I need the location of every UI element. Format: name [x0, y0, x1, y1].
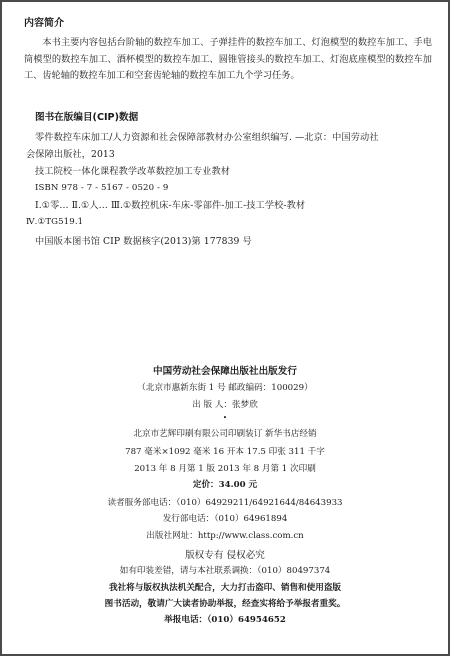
copyright-notice: 版权专有 侵权必究 — [2, 547, 448, 561]
reader-service-phone: 读者服务部电话：（010）64929211/64921644/84643933 — [2, 496, 448, 508]
separator-dot: • — [2, 414, 448, 422]
anti-piracy-line-2: 图书活动，敬请广大读者协助举报，经查实将给予举报者重奖。 — [2, 597, 448, 609]
cip-line-2: 会保障出版社，2013 — [26, 147, 115, 163]
cip-heading: 图书在版编目(CIP)数据 — [35, 109, 138, 123]
publisher-address: （北京市惠新东街 1 号 邮政编码：100029） — [2, 381, 448, 393]
summary-heading: 内容简介 — [24, 14, 64, 29]
edition-info: 2013 年 8 月第 1 版 2013 年 8 月第 1 次印刷 — [2, 462, 448, 474]
distribution-phone: 发行部电话：（010）64961894 — [2, 512, 448, 524]
publisher-website: 出版社网址：http://www.class.com.cn — [2, 529, 448, 541]
cip-line-1: 零件数控车床加工/人力资源和社会保障部教材办公室组织编写. —北京：中国劳动社 — [35, 130, 379, 146]
printer-info: 北京市艺辉印刷有限公司印刷装订 新华书店经销 — [2, 427, 448, 439]
price: 定价：34.00 元 — [2, 478, 448, 490]
cip-record: 中国版本图书馆 CIP 数据核字(2013)第 177839 号 — [35, 234, 252, 250]
cip-line-5: Ⅰ.①零… Ⅱ.①人… Ⅲ.①数控机床-车床-零部件-加工-技工学校-教材 — [35, 198, 305, 214]
summary-body: 本书主要内容包括台阶轴的数控车加工、子弹挂件的数控车加工、灯泡模型的数控车加工、… — [24, 35, 432, 85]
copyright-page: 内容简介 本书主要内容包括台阶轴的数控车加工、子弹挂件的数控车加工、灯泡模型的数… — [0, 0, 450, 656]
report-phone: 举报电话：（010）64954652 — [2, 613, 448, 625]
publisher-person: 出 版 人：张梦欣 — [2, 398, 448, 410]
anti-piracy-line-1: 我社将与版权执法机关配合，大力打击盗印、销售和使用盗版 — [2, 581, 448, 593]
book-specs: 787 毫米×1092 毫米 16 开本 17.5 印张 311 千字 — [2, 445, 448, 457]
misprint-contact: 如有印装差错，请与本社联系调换：（010）80497374 — [2, 564, 448, 576]
cip-isbn: ISBN 978 - 7 - 5167 - 0520 - 9 — [35, 180, 168, 196]
publisher-name: 中国劳动社会保障出版社出版发行 — [2, 363, 448, 377]
cip-line-3: 技工院校一体化课程教学改革数控加工专业教材 — [35, 164, 230, 180]
cip-line-6: Ⅳ.①TG519.1 — [26, 214, 83, 230]
